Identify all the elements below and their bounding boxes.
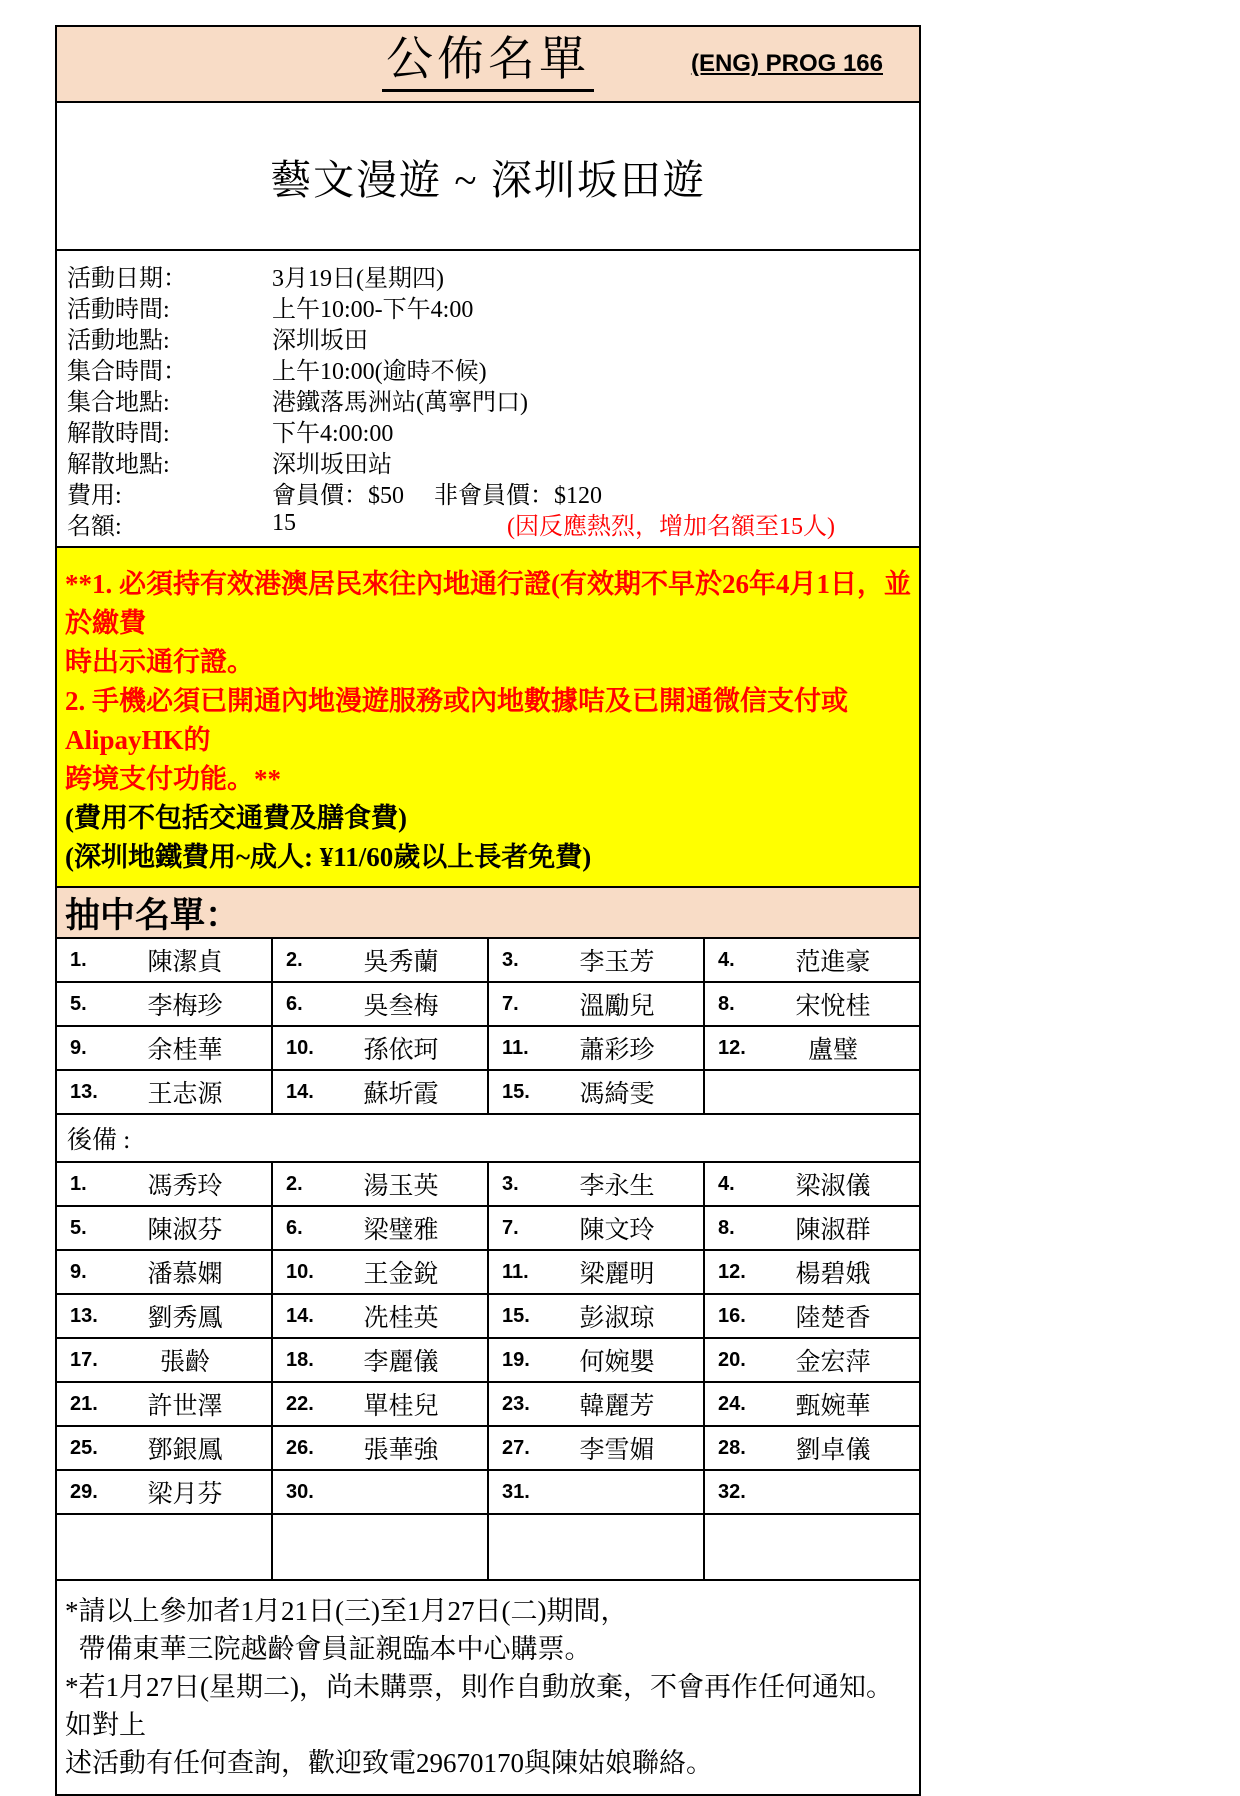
notice-line: 2. 手機必須已開通內地漫遊服務或內地數據咭及已開通微信支付或AlipayHK的 — [65, 682, 911, 760]
entry-number: 31. — [489, 1481, 539, 1504]
entry-number: 6. — [273, 993, 323, 1016]
entry-name: 陳淑芬 — [107, 1210, 271, 1246]
entry-number: 18. — [273, 1349, 323, 1372]
entry-cell: 26.張華強 — [273, 1427, 489, 1469]
entry-name: 王金銳 — [323, 1254, 487, 1290]
entry-cell: 30. — [273, 1471, 489, 1513]
entry-cell: 28.劉卓儀 — [705, 1427, 919, 1469]
table-row: 1.馮秀玲2.湯玉英3.李永生4.梁淑儀 — [57, 1163, 919, 1205]
entry-cell: 9.余桂華 — [57, 1027, 273, 1069]
entry-cell: 7.陳文玲 — [489, 1207, 705, 1249]
entry-cell: 8.陳淑群 — [705, 1207, 919, 1249]
entry-name: 王志源 — [107, 1074, 271, 1110]
entry-number: 22. — [273, 1393, 323, 1416]
entry-cell: 12.盧璧 — [705, 1027, 919, 1069]
entry-name: 潘慕嫻 — [107, 1254, 271, 1290]
table-row: 5.陳淑芬6.梁璧雅7.陳文玲8.陳淑群 — [57, 1205, 919, 1249]
entry-number: 2. — [273, 949, 323, 972]
entry-name: 湯玉英 — [323, 1166, 487, 1202]
table-row: 13.劉秀鳳14.冼桂英15.彭淑琼16.陸楚香 — [57, 1293, 919, 1337]
entry-cell — [57, 1515, 273, 1579]
entry-name: 李梅珍 — [107, 986, 271, 1022]
entry-cell — [489, 1515, 705, 1579]
entry-number: 4. — [705, 949, 755, 972]
table-row: 17.張齡18.李麗儀19.何婉嬰20.金宏萍 — [57, 1337, 919, 1381]
entry-number: 20. — [705, 1349, 755, 1372]
entry-name: 馮綺雯 — [539, 1074, 703, 1110]
entry-number: 1. — [57, 1173, 107, 1196]
event-details: 活動日期： 3月19日(星期四) 活動時間: 上午10:00-下午4:00 活動… — [55, 249, 921, 548]
entry-name: 宋悅桂 — [755, 986, 919, 1022]
notice-line: (費用不包括交通費及膳食費) — [65, 799, 911, 838]
entry-number: 8. — [705, 993, 755, 1016]
detail-label: 活動日期： — [67, 258, 272, 293]
entry-number: 17. — [57, 1349, 107, 1372]
entry-cell: 10.孫依珂 — [273, 1027, 489, 1069]
entry-name: 蘇圻霞 — [323, 1074, 487, 1110]
entry-cell: 27.李雪媚 — [489, 1427, 705, 1469]
entry-name: 李玉芳 — [539, 942, 703, 978]
footer-line: *請以上參加者1月21日(三)至1月27日(二)期間， — [65, 1592, 911, 1630]
entry-cell: 5.李梅珍 — [57, 983, 273, 1025]
table-row: 13.王志源14.蘇圻霞15.馮綺雯 — [57, 1069, 919, 1113]
entry-cell: 11.梁麗明 — [489, 1251, 705, 1293]
backup-list-heading-label: 後備 : — [67, 1120, 130, 1156]
entry-name: 梁璧雅 — [323, 1210, 487, 1246]
table-row: 9.潘慕嫻10.王金銳11.梁麗明12.楊碧娥 — [57, 1249, 919, 1293]
detail-label: 活動時間: — [67, 289, 272, 324]
detail-row-assembly-place: 集合地點: 港鐵落馬洲站(萬寧門口) — [67, 384, 909, 415]
program-code: (ENG) PROG 166 — [691, 50, 883, 78]
entry-number: 23. — [489, 1393, 539, 1416]
table-row: 29.梁月芬30.31.32. — [57, 1469, 919, 1513]
entry-cell: 18.李麗儀 — [273, 1339, 489, 1381]
entry-name: 張齡 — [107, 1342, 271, 1378]
entry-cell: 1.馮秀玲 — [57, 1163, 273, 1205]
entry-number: 6. — [273, 1217, 323, 1240]
entry-cell: 32. — [705, 1471, 919, 1513]
entry-number: 32. — [705, 1481, 755, 1504]
entry-name: 陸楚香 — [755, 1298, 919, 1334]
entry-number: 15. — [489, 1305, 539, 1328]
notice-line: (深圳地鐵費用~成人: ¥11/60歲以上長者免費) — [65, 838, 911, 877]
entry-name: 吳叁梅 — [323, 986, 487, 1022]
detail-label: 名額: — [67, 506, 272, 541]
entry-cell: 4.梁淑儀 — [705, 1163, 919, 1205]
entry-cell: 16.陸楚香 — [705, 1295, 919, 1337]
warning-notice: **1. 必須持有效港澳居民來往內地通行證(有效期不早於26年4月1日，並於繳費… — [55, 546, 921, 888]
entry-number: 7. — [489, 993, 539, 1016]
detail-label: 集合地點: — [67, 382, 272, 417]
entry-name: 梁淑儀 — [755, 1166, 919, 1202]
entry-cell: 21.許世澤 — [57, 1383, 273, 1425]
entry-name: 許世澤 — [107, 1386, 271, 1422]
detail-row-dismiss-time: 解散時間: 下午4:00:00 — [67, 415, 909, 446]
detail-value: 上午10:00(逾時不候) — [272, 351, 487, 386]
entry-number: 13. — [57, 1081, 107, 1104]
page-title: 公佈名單 — [382, 36, 594, 91]
entry-number: 14. — [273, 1081, 323, 1104]
entry-number: 9. — [57, 1261, 107, 1284]
entry-name: 單桂兒 — [323, 1386, 487, 1422]
entry-name: 蕭彩珍 — [539, 1030, 703, 1066]
entry-number: 21. — [57, 1393, 107, 1416]
event-title: 藝文漫遊 ~ 深圳坂田遊 — [270, 147, 706, 206]
entry-number: 11. — [489, 1037, 539, 1060]
entry-name: 梁月芬 — [107, 1474, 271, 1510]
footer-line: *若1月27日(星期二)，尚未購票，則作自動放棄，不會再作任何通知。如對上 — [65, 1668, 911, 1744]
entry-name: 余桂華 — [107, 1030, 271, 1066]
entry-number: 10. — [273, 1037, 323, 1060]
quota-increase-note: (因反應熱烈，增加名額至15人) — [507, 506, 835, 541]
entry-cell: 11.蕭彩珍 — [489, 1027, 705, 1069]
detail-value: 下午4:00:00 — [272, 413, 393, 448]
entry-number: 12. — [705, 1261, 755, 1284]
detail-row-assembly-time: 集合時間： 上午10:00(逾時不候) — [67, 353, 909, 384]
entry-name: 陳潔貞 — [107, 942, 271, 978]
entry-number: 14. — [273, 1305, 323, 1328]
entry-name: 陳文玲 — [539, 1210, 703, 1246]
entry-name: 孫依珂 — [323, 1030, 487, 1066]
selected-list-heading-label: 抽中名單： — [65, 888, 240, 938]
table-row: 9.余桂華10.孫依珂11.蕭彩珍12.盧璧 — [57, 1025, 919, 1069]
entry-number: 3. — [489, 1173, 539, 1196]
entry-number: 28. — [705, 1437, 755, 1460]
entry-number: 16. — [705, 1305, 755, 1328]
entry-name: 鄧銀鳳 — [107, 1430, 271, 1466]
detail-value: 深圳坂田 — [272, 320, 368, 355]
entry-cell: 13.王志源 — [57, 1071, 273, 1113]
notice-line: 時出示通行證。 — [65, 643, 911, 682]
entry-number: 5. — [57, 993, 107, 1016]
detail-row-dismiss-place: 解散地點: 深圳坂田站 — [67, 446, 909, 477]
detail-value: 15 — [272, 510, 507, 537]
entry-cell: 9.潘慕嫻 — [57, 1251, 273, 1293]
footer-line: 述活動有任何查詢，歡迎致電29670170與陳姑娘聯絡。 — [65, 1744, 911, 1782]
detail-row-fee: 費用: 會員價：$50 非會員價：$120 — [67, 477, 909, 508]
entry-number: 30. — [273, 1481, 323, 1504]
entry-cell: 15.彭淑琼 — [489, 1295, 705, 1337]
entry-name: 李雪媚 — [539, 1430, 703, 1466]
entry-name: 楊碧娥 — [755, 1254, 919, 1290]
detail-value: 港鐵落馬洲站(萬寧門口) — [272, 382, 528, 417]
entry-name: 金宏萍 — [755, 1342, 919, 1378]
backup-names-table: 1.馮秀玲2.湯玉英3.李永生4.梁淑儀5.陳淑芬6.梁璧雅7.陳文玲8.陳淑群… — [55, 1161, 921, 1581]
entry-number: 13. — [57, 1305, 107, 1328]
entry-cell: 10.王金銳 — [273, 1251, 489, 1293]
entry-cell: 25.鄧銀鳳 — [57, 1427, 273, 1469]
entry-cell: 1.陳潔貞 — [57, 939, 273, 981]
detail-label: 集合時間： — [67, 351, 272, 386]
entry-cell — [705, 1071, 919, 1113]
entry-cell: 17.張齡 — [57, 1339, 273, 1381]
footer-notes: *請以上參加者1月21日(三)至1月27日(二)期間， 帶備東華三院越齡會員証親… — [55, 1579, 921, 1796]
entry-number: 1. — [57, 949, 107, 972]
entry-number: 9. — [57, 1037, 107, 1060]
detail-row-quota: 名額: 15 (因反應熱烈，增加名額至15人) — [67, 508, 909, 539]
entry-cell: 29.梁月芬 — [57, 1471, 273, 1513]
entry-cell: 13.劉秀鳳 — [57, 1295, 273, 1337]
entry-name: 劉秀鳳 — [107, 1298, 271, 1334]
detail-row-time: 活動時間: 上午10:00-下午4:00 — [67, 291, 909, 322]
detail-label: 費用: — [67, 475, 272, 510]
detail-row-date: 活動日期： 3月19日(星期四) — [67, 260, 909, 291]
detail-row-venue: 活動地點: 深圳坂田 — [67, 322, 909, 353]
entry-cell: 6.梁璧雅 — [273, 1207, 489, 1249]
entry-cell: 7.溫勵兒 — [489, 983, 705, 1025]
entry-name: 梁麗明 — [539, 1254, 703, 1290]
entry-name: 彭淑琼 — [539, 1298, 703, 1334]
entry-cell: 2.吳秀蘭 — [273, 939, 489, 981]
entry-name: 韓麗芳 — [539, 1386, 703, 1422]
entry-number: 25. — [57, 1437, 107, 1460]
entry-cell: 14.蘇圻霞 — [273, 1071, 489, 1113]
entry-name: 范進豪 — [755, 942, 919, 978]
detail-label: 解散地點: — [67, 444, 272, 479]
entry-cell: 20.金宏萍 — [705, 1339, 919, 1381]
entry-number: 2. — [273, 1173, 323, 1196]
document-header: 公佈名單 (ENG) PROG 166 — [55, 25, 921, 103]
detail-label: 解散時間: — [67, 413, 272, 448]
detail-label: 活動地點: — [67, 320, 272, 355]
entry-number: 3. — [489, 949, 539, 972]
event-title-box: 藝文漫遊 ~ 深圳坂田遊 — [55, 101, 921, 251]
entry-number: 8. — [705, 1217, 755, 1240]
table-row: 21.許世澤22.單桂兒23.韓麗芳24.甄婉華 — [57, 1381, 919, 1425]
notice-line: 跨境支付功能。** — [65, 760, 911, 799]
entry-cell: 5.陳淑芬 — [57, 1207, 273, 1249]
table-row: 5.李梅珍6.吳叁梅7.溫勵兒8.宋悅桂 — [57, 981, 919, 1025]
entry-name: 何婉嬰 — [539, 1342, 703, 1378]
entry-cell: 31. — [489, 1471, 705, 1513]
entry-cell: 2.湯玉英 — [273, 1163, 489, 1205]
entry-number: 19. — [489, 1349, 539, 1372]
entry-cell: 8.宋悅桂 — [705, 983, 919, 1025]
detail-value: 會員價：$50 非會員價：$120 — [272, 475, 602, 510]
entry-cell: 23.韓麗芳 — [489, 1383, 705, 1425]
entry-cell: 24.甄婉華 — [705, 1383, 919, 1425]
announcement-document: 公佈名單 (ENG) PROG 166 藝文漫遊 ~ 深圳坂田遊 活動日期： 3… — [55, 25, 921, 1796]
selected-list-heading: 抽中名單： — [55, 886, 921, 939]
entry-number: 4. — [705, 1173, 755, 1196]
entry-name: 馮秀玲 — [107, 1166, 271, 1202]
entry-cell: 4.范進豪 — [705, 939, 919, 981]
entry-number: 24. — [705, 1393, 755, 1416]
entry-name: 吳秀蘭 — [323, 942, 487, 978]
entry-number: 15. — [489, 1081, 539, 1104]
entry-cell — [273, 1515, 489, 1579]
entry-cell: 3.李永生 — [489, 1163, 705, 1205]
entry-name: 陳淑群 — [755, 1210, 919, 1246]
detail-value: 深圳坂田站 — [272, 444, 392, 479]
selected-names-table: 1.陳潔貞2.吳秀蘭3.李玉芳4.范進豪5.李梅珍6.吳叁梅7.溫勵兒8.宋悅桂… — [55, 937, 921, 1115]
entry-cell: 6.吳叁梅 — [273, 983, 489, 1025]
entry-number: 11. — [489, 1261, 539, 1284]
table-row: 25.鄧銀鳳26.張華強27.李雪媚28.劉卓儀 — [57, 1425, 919, 1469]
entry-name: 劉卓儀 — [755, 1430, 919, 1466]
footer-line: 帶備東華三院越齡會員証親臨本中心購票。 — [65, 1630, 911, 1668]
backup-list-heading: 後備 : — [55, 1113, 921, 1163]
entry-name: 李永生 — [539, 1166, 703, 1202]
entry-number: 29. — [57, 1481, 107, 1504]
detail-value: 3月19日(星期四) — [272, 258, 444, 293]
entry-cell: 19.何婉嬰 — [489, 1339, 705, 1381]
entry-number: 7. — [489, 1217, 539, 1240]
entry-cell: 12.楊碧娥 — [705, 1251, 919, 1293]
entry-number: 27. — [489, 1437, 539, 1460]
entry-name: 溫勵兒 — [539, 986, 703, 1022]
entry-number: 5. — [57, 1217, 107, 1240]
notice-line: **1. 必須持有效港澳居民來往內地通行證(有效期不早於26年4月1日，並於繳費 — [65, 565, 911, 643]
entry-number: 12. — [705, 1037, 755, 1060]
entry-name: 張華強 — [323, 1430, 487, 1466]
entry-name: 盧璧 — [755, 1030, 919, 1066]
detail-value: 上午10:00-下午4:00 — [272, 289, 473, 324]
entry-cell: 22.單桂兒 — [273, 1383, 489, 1425]
entry-number: 10. — [273, 1261, 323, 1284]
table-row — [57, 1513, 919, 1579]
entry-number: 26. — [273, 1437, 323, 1460]
entry-name: 李麗儀 — [323, 1342, 487, 1378]
entry-name: 冼桂英 — [323, 1298, 487, 1334]
entry-name: 甄婉華 — [755, 1386, 919, 1422]
entry-cell — [705, 1515, 919, 1579]
table-row: 1.陳潔貞2.吳秀蘭3.李玉芳4.范進豪 — [57, 939, 919, 981]
entry-cell: 15.馮綺雯 — [489, 1071, 705, 1113]
entry-cell: 14.冼桂英 — [273, 1295, 489, 1337]
entry-cell: 3.李玉芳 — [489, 939, 705, 981]
